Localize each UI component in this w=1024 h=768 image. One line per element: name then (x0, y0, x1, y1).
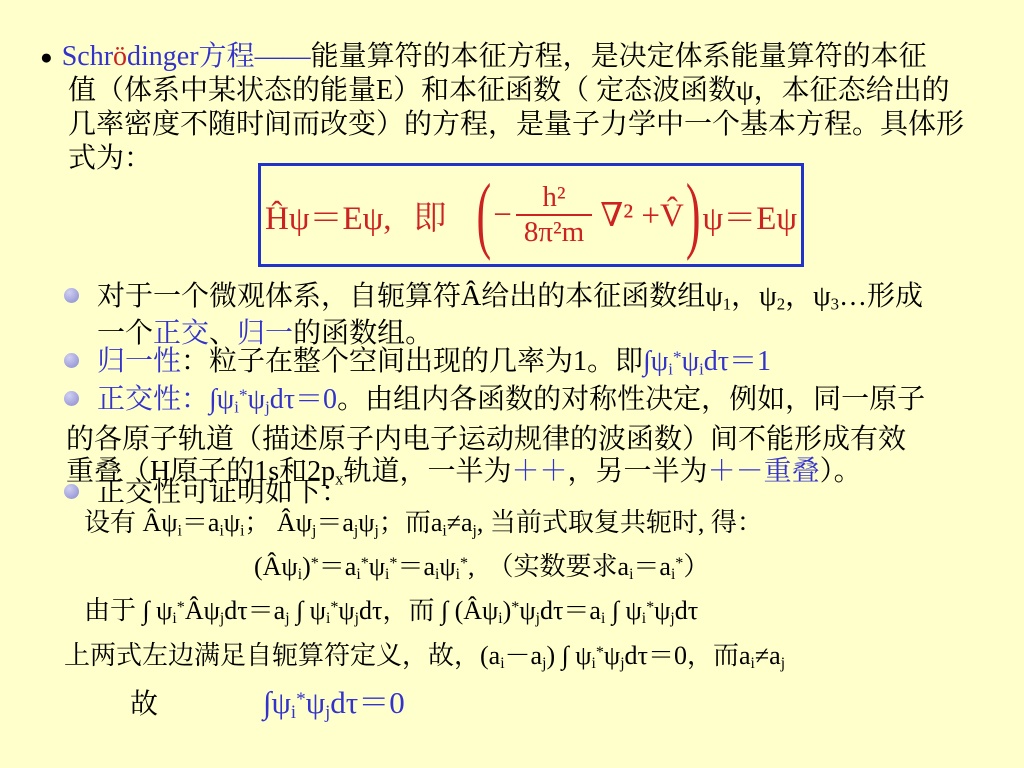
text-run: ；而a (379, 508, 443, 537)
proof-line-4: 上两式左边满足自轭算符定义，故，(ai－aj) ∫ ψi*ψjdτ＝0，而ai≠… (64, 636, 785, 680)
text-run: 几率密度不随时间而改变）的方程，是量子力学中一个基本方程。具体形 (68, 109, 964, 140)
text-run: ∫ψ (209, 384, 234, 415)
item-line: 对于一个微观体系，自轭算符Â给出的本征函数组ψ1，ψ2，ψ3…形成 (64, 282, 923, 319)
text-run: * (296, 689, 306, 710)
schrodinger-equation: Ĥψ＝Eψ, 即 ( − h² 8π²m ∇² +V̂ ) ψ＝Eψ (265, 181, 797, 250)
text-run: 对于一个微观体系，自轭算符Â给出的本征函数组 (97, 281, 705, 312)
item-text: 对于一个微观体系，自轭算符Â给出的本征函数组ψ1，ψ2，ψ3…形成 (97, 281, 923, 312)
text-run: ＝a (316, 508, 354, 537)
text-run: ， (731, 281, 759, 312)
text-run: 2 (777, 295, 785, 314)
text-run: 的各原子轨道（描述原子内电子运动规律的波函数）间不能形成有效 (66, 424, 906, 455)
text-run: ψ (604, 640, 620, 669)
text-run: ≠a (755, 640, 781, 669)
bullet-icon (64, 484, 79, 499)
text-run: dτ＝a (224, 596, 285, 625)
text-run: ) (302, 552, 311, 581)
laplacian-potential: ∇² +V̂ (600, 195, 684, 235)
text-run: dτ＝0，而a (625, 640, 751, 669)
text-run: ：粒子在整个空间出现的几率为1。即 (181, 346, 643, 377)
text-run: ψ (705, 281, 723, 312)
text-run: * (361, 555, 369, 572)
item-text: 正交性：∫ψi*ψjdτ＝0。由组内各函数的对称性决定，例如，同一原子 (97, 384, 925, 415)
text-run: ， (785, 281, 813, 312)
item-line: 正交性可证明如下： (64, 478, 349, 508)
proof-line-2: (Âψi)*＝ai*ψi*＝aiψi*, （实数要求ai＝ai*） (64, 547, 785, 591)
text-run: 归一性 (97, 346, 181, 377)
text-run: dτ，而 ∫ (Âψ (359, 596, 498, 625)
text-run: * (673, 348, 682, 367)
text-run: ： (181, 384, 209, 415)
text-run: 设有 Âψ (84, 508, 178, 537)
item-line: 归一性：粒子在整个空间出现的几率为1。即∫ψi*ψidτ＝1 (64, 343, 771, 384)
text-run: ö (113, 41, 127, 72)
text-run: ψ (813, 281, 831, 312)
text-run: ） (683, 552, 709, 581)
text-run: * (239, 386, 248, 405)
equation-rhs: ψ＝Eψ (703, 192, 797, 239)
text-run: ＝a (397, 552, 435, 581)
right-paren: ) (686, 172, 701, 258)
equation-lhs: Ĥψ＝Eψ, (265, 192, 392, 239)
slide-canvas: ●Schrödinger方程——能量算符的本征方程，是决定体系能量算符的本征 值… (0, 0, 1024, 768)
text-run: ∫ ψ (605, 596, 641, 625)
item-text: 归一性：粒子在整个空间出现的几率为1。即∫ψi*ψidτ＝1 (97, 346, 771, 377)
text-run: , （实数要求a (468, 552, 629, 581)
proof-conclusion: 故 ∫ψi*ψjdτ＝0 (64, 680, 785, 729)
text-run: 3 (831, 295, 839, 314)
text-run: ＝a (633, 552, 671, 581)
text-run: ψ (224, 508, 240, 537)
text-run: 值（体系中某状态的能量E）和本征函数（ 定态波函数ψ，本征态给出的 (68, 75, 950, 106)
text-run: ) (503, 596, 512, 625)
proof-line-1: 设有 Âψi＝aiψi； Âψj＝ajψj；而ai≠aj, 当前式取复共轭时, … (64, 506, 785, 547)
fraction: h² 8π²m (516, 181, 592, 250)
intro-line-3: 几率密度不随时间而改变）的方程，是量子力学中一个基本方程。具体形 (40, 108, 964, 142)
text-run: (Âψ (254, 552, 298, 581)
bullet-icon (64, 288, 79, 303)
text-run: Âψ (185, 596, 220, 625)
bullet-item-proof-heading: 正交性可证明如下： (64, 478, 349, 508)
bullet-icon (64, 391, 79, 406)
text-run: 上两式左边满足自轭算符定义，故，(a (64, 640, 500, 669)
text-run: ＋－重叠 (708, 456, 820, 487)
text-run: …形成 (839, 281, 923, 312)
proof-derivation: 设有 Âψi＝aiψi； Âψj＝ajψj；而ai≠aj, 当前式取复共轭时, … (64, 506, 785, 729)
text-run: ∫ ψ (290, 596, 326, 625)
item-line: 正交性：∫ψi*ψjdτ＝0。由组内各函数的对称性决定，例如，同一原子 (64, 380, 925, 424)
text-run: 轨道，一半为 (344, 456, 512, 487)
text-run: ∫ψ (263, 685, 291, 720)
intro-text: Schrödinger方程——能量算符的本征方程，是决定体系能量算符的本征 (62, 41, 927, 72)
schrodinger-equation-box: Ĥψ＝Eψ, 即 ( − h² 8π²m ∇² +V̂ ) ψ＝Eψ (258, 163, 804, 267)
text-run: dτ (675, 596, 698, 625)
text-run: ＝a (182, 508, 220, 537)
text-run: 能量算符的本征方程，是决定体系能量算符的本征 (311, 41, 927, 72)
minus-sign: − (493, 197, 512, 234)
text-run: ψ (759, 281, 777, 312)
text-run: * (646, 599, 654, 616)
text-run: ψ (519, 596, 535, 625)
item-text: 正交性可证明如下： (97, 477, 349, 508)
intro-line-1: ●Schrödinger方程——能量算符的本征方程，是决定体系能量算符的本征 (40, 40, 964, 74)
text-run: ψ (358, 508, 374, 537)
text-run: ψ (439, 552, 455, 581)
text-run: ，另一半为 (568, 456, 708, 487)
fraction-numerator: h² (534, 181, 573, 214)
fraction-denominator: 8π²m (516, 214, 592, 249)
text-run: ＝a (319, 552, 357, 581)
text-run: dτ＝1 (704, 346, 771, 377)
text-run: －a (505, 640, 543, 669)
equation-connector: 即 (414, 192, 447, 239)
text-run: 由于 ∫ ψ (84, 596, 172, 625)
proof-line-3: 由于 ∫ ψi*Âψjdτ＝aj ∫ ψi*ψjdτ，而 ∫ (Âψi)*ψjd… (64, 591, 785, 635)
item-line: 的各原子轨道（描述原子内电子运动规律的波函数）间不能形成有效 (64, 424, 925, 456)
text-run: j (781, 655, 785, 672)
bullet-icon (64, 353, 79, 368)
text-run: ψ (338, 596, 354, 625)
bullet-icon: ● (40, 40, 53, 74)
text-run: ψ (306, 685, 325, 720)
text-run: ∫ψ (643, 346, 668, 377)
proof-conclusion-label: 故 (130, 689, 158, 720)
text-run: ) ∫ ψ (546, 640, 591, 669)
text-run: ψ (248, 384, 266, 415)
text-run: dτ＝0 (330, 685, 404, 720)
text-run: 故 (130, 689, 158, 720)
text-run: * (311, 555, 319, 572)
text-run: dτ＝0 (270, 384, 337, 415)
text-run: , 当前式取复共轭时, 得： (477, 508, 763, 537)
text-run: ψ (369, 552, 385, 581)
text-run: ψ (654, 596, 670, 625)
text-run: 式为： (68, 143, 152, 174)
text-run: * (596, 644, 604, 661)
left-paren: ( (477, 172, 492, 258)
text-run: 正交性可证明如下： (97, 477, 349, 508)
orthogonality-result-formula: ∫ψi*ψjdτ＝0 (263, 685, 405, 720)
text-run: ； Âψ (244, 508, 312, 537)
text-run: ）。 (820, 456, 862, 487)
text-run: 1 (723, 295, 731, 314)
text-run: ψ (682, 346, 700, 377)
text-run: * (177, 599, 185, 616)
text-run: —— (255, 41, 311, 72)
text-run: dτ＝a (540, 596, 601, 625)
bullet-item-normalization: 归一性：粒子在整个空间出现的几率为1。即∫ψi*ψidτ＝1 (64, 343, 771, 384)
bullet-item-eigenfunction-set: 对于一个微观体系，自轭算符Â给出的本征函数组ψ1，ψ2，ψ3…形成 一个正交、归… (64, 282, 923, 348)
text-run: ＋＋ (512, 456, 568, 487)
text-run: Schr (62, 41, 113, 72)
text-run: 正交性 (97, 384, 181, 415)
intro-line-2: 值（体系中某状态的能量E）和本征函数（ 定态波函数ψ，本征态给出的 (40, 74, 964, 108)
text-run: ≠a (447, 508, 473, 537)
text-run: dinger方程 (127, 41, 255, 72)
text-run: 。由组内各函数的对称性决定，例如，同一原子 (337, 384, 925, 415)
intro-paragraph: ●Schrödinger方程——能量算符的本征方程，是决定体系能量算符的本征 值… (40, 40, 964, 176)
text-run: * (460, 555, 468, 572)
